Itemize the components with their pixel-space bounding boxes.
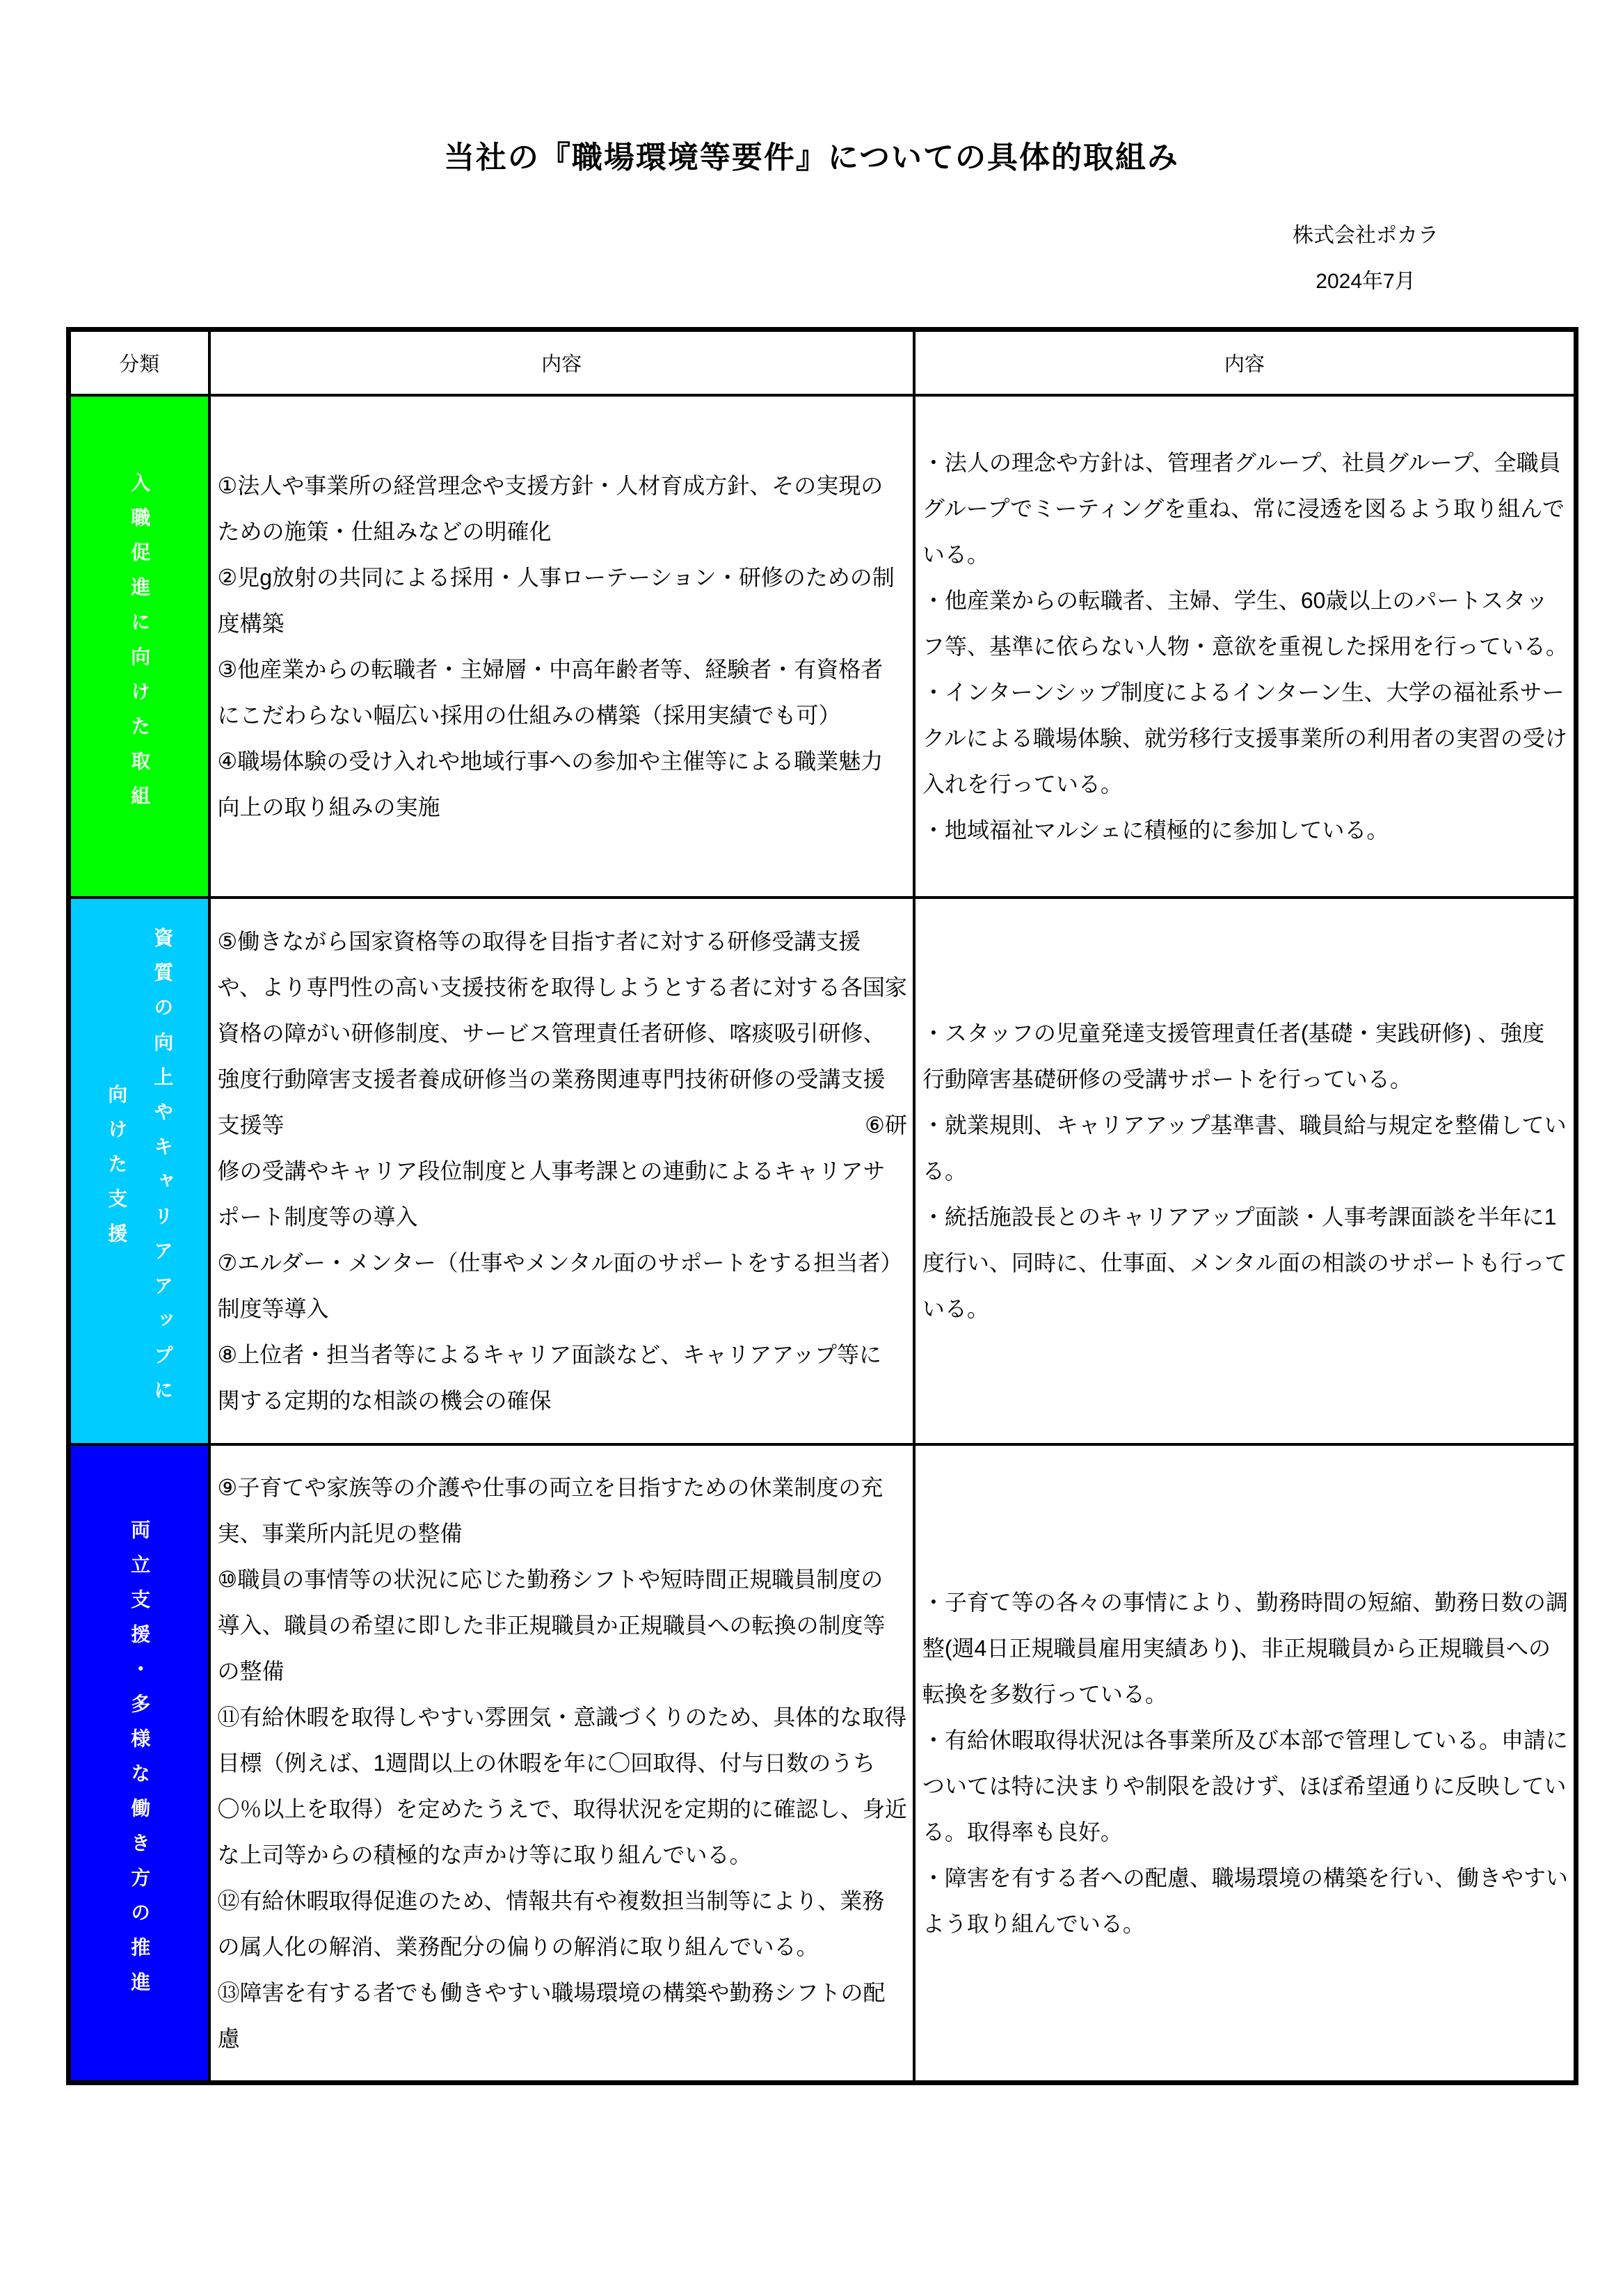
- text-line: ⑪有給休暇を取得しやすい雰囲気・意識づくりのため、具体的な取得: [218, 1694, 907, 1740]
- text-line: にこだわらない幅広い採用の仕組みの構築（採用実績でも可）: [218, 692, 907, 738]
- text-line: ・地域福祉マルシェに積極的に参加している。: [922, 807, 1568, 853]
- text-line: や、より専門性の高い支援技術を取得しようとする者に対する各国家: [218, 964, 907, 1010]
- text-line: 実、事業所内託児の整備: [218, 1510, 907, 1556]
- text-line: ⑤働きながら国家資格等の取得を目指す者に対する研修受講支援: [218, 918, 907, 964]
- text-line: ⑦エルダー・メンター（仕事やメンタル面のサポートをする担当者）: [218, 1240, 907, 1286]
- text-line: ついては特に決まりや制限を設けず、ほぼ希望通りに反映してい: [922, 1763, 1568, 1809]
- category-label: 向けた支援: [102, 1084, 130, 1258]
- text-line: ・インターンシップ制度によるインターン生、大学の福祉系サー: [922, 669, 1568, 715]
- text-line: る。: [922, 1148, 1568, 1194]
- text-line: ⑬障害を有する者でも働きやすい職場環境の構築や勤務シフトの配: [218, 1970, 907, 2016]
- text-line: 慮: [218, 2016, 907, 2062]
- text-line: ⑫有給休暇取得促進のため、情報共有や複数担当制等により、業務: [218, 1878, 907, 1924]
- practice-cell-1: ・スタッフの児童発達支援管理責任者(基礎・実践研修) 、強度行動障害基礎研修の受…: [914, 898, 1576, 1444]
- text-line: 制度等導入: [218, 1286, 907, 1332]
- text-line: ②児g放射の共同による採用・人事ローテーション・研修のための制: [218, 555, 907, 600]
- text-line: ①法人や事業所の経営理念や支援方針・人材育成方針、その実現の: [218, 463, 907, 509]
- text-line: ・子育て等の各々の事情により、勤務時間の短縮、勤務日数の調: [922, 1579, 1568, 1625]
- text-line: グループでミーティングを重ね、常に浸透を図るよう取り組んで: [922, 486, 1568, 532]
- text-line: 度行い、同時に、仕事面、メンタル面の相談のサポートも行って: [922, 1240, 1568, 1286]
- text-line: ・就業規則、キャリアアップ基準書、職員給与規定を整備してい: [922, 1102, 1568, 1148]
- initiatives-table: 分類内容内容 入職促進に向けた取組①法人や事業所の経営理念や支援方針・人材育成方…: [66, 327, 1578, 2085]
- text-line: ・他産業からの転職者、主婦、学生、60歳以上のパートスタッ: [922, 577, 1568, 623]
- text-line: いる。: [922, 1286, 1568, 1332]
- column-header-1: 内容: [209, 330, 914, 396]
- text-line: ③他産業からの転職者・主婦層・中高年齢者等、経験者・有資格者: [218, 646, 907, 692]
- table-header: 分類内容内容: [69, 330, 1576, 396]
- text-line: 関する定期的な相談の機会の確保: [218, 1378, 907, 1424]
- text-line: ⑧上位者・担当者等によるキャリア面談など、キャリアアップ等に: [218, 1332, 907, 1378]
- document-date: 2024年7月: [1169, 259, 1562, 305]
- text-line: ⑨子育てや家族等の介護や仕事の両立を目指すための休業制度の充: [218, 1465, 907, 1510]
- text-line-right: ⑥研: [865, 1102, 907, 1148]
- text-line: 入れを行っている。: [922, 761, 1568, 807]
- category-cell-2: 両立支援・多様な働き方の推進: [69, 1444, 209, 2082]
- text-line: ための施策・仕組みなどの明確化: [218, 509, 907, 555]
- text-line: 目標（例えば、1週間以上の休暇を年に〇回取得、付与日数のうち: [218, 1740, 907, 1786]
- page-title: 当社の『職場環境等要件』についての具体的取組み: [0, 132, 1623, 177]
- text-line: ・統括施設長とのキャリアアップ面談・人事考課面談を半年に1: [922, 1194, 1568, 1240]
- text-line: る。取得率も良好。: [922, 1809, 1568, 1855]
- text-line: な上司等からの積極的な声かけ等に取り組んでいる。: [218, 1832, 907, 1878]
- table-row-1: 資質の向上やキャリアアップに向けた支援⑤働きながら国家資格等の取得を目指す者に対…: [69, 898, 1576, 1444]
- category-cell-0: 入職促進に向けた取組: [69, 395, 209, 898]
- table-row-0: 入職促進に向けた取組①法人や事業所の経営理念や支援方針・人材育成方針、その実現の…: [69, 395, 1576, 898]
- text-line: ・有給休暇取得状況は各事業所及び本部で管理している。申請に: [922, 1717, 1568, 1763]
- text-line: 度構築: [218, 600, 907, 646]
- text-line-left: 支援等: [218, 1102, 285, 1148]
- text-line: 修の受講やキャリア段位制度と人事考課との連動によるキャリアサ: [218, 1148, 907, 1194]
- text-line: いる。: [922, 532, 1568, 577]
- text-line: ポート制度等の導入: [218, 1194, 907, 1240]
- text-line: 導入、職員の希望に即した非正規職員か正規職員への転換の制度等: [218, 1602, 907, 1648]
- category-label-wrap: 両立支援・多様な働き方の推進: [71, 1520, 208, 2007]
- text-line: 向上の取り組みの実施: [218, 784, 907, 830]
- category-label: 両立支援・多様な働き方の推進: [125, 1520, 153, 2007]
- category-cell-1: 資質の向上やキャリアアップに向けた支援: [69, 898, 209, 1444]
- category-label: 資質の向上やキャリアアップに: [148, 927, 176, 1414]
- text-line: 行動障害基礎研修の受講サポートを行っている。: [922, 1056, 1568, 1102]
- document-page: 当社の『職場環境等要件』についての具体的取組み 株式会社ポカラ 2024年7月 …: [0, 0, 1623, 2296]
- text-line: フ等、基準に依らない人物・意欲を重視した採用を行っている。: [922, 623, 1568, 669]
- text-line: の属人化の解消、業務配分の偏りの解消に取り組んでいる。: [218, 1924, 907, 1970]
- practice-cell-2: ・子育て等の各々の事情により、勤務時間の短縮、勤務日数の調整(週4日正規職員雇用…: [914, 1444, 1576, 2082]
- text-line: ④職場体験の受け入れや地域行事への参加や主催等による職業魅力: [218, 738, 907, 784]
- table-body: 入職促進に向けた取組①法人や事業所の経営理念や支援方針・人材育成方針、その実現の…: [69, 395, 1576, 2082]
- column-header-2: 内容: [914, 330, 1576, 396]
- column-header-0: 分類: [69, 330, 209, 396]
- text-line: クルによる職場体験、就労移行支援事業所の利用者の実習の受け: [922, 715, 1568, 761]
- text-line: ・法人の理念や方針は、管理者グループ、社員グループ、全職員: [922, 440, 1568, 486]
- text-line: 支援等⑥研: [218, 1102, 907, 1148]
- content-cell-1: ⑤働きながら国家資格等の取得を目指す者に対する研修受講支援や、より専門性の高い支…: [209, 898, 914, 1444]
- practice-cell-0: ・法人の理念や方針は、管理者グループ、社員グループ、全職員グループでミーティング…: [914, 395, 1576, 898]
- text-line: 〇％以上を取得）を定めたうえで、取得状況を定期的に確認し、身近: [218, 1786, 907, 1832]
- text-line: の整備: [218, 1648, 907, 1694]
- document-meta: 株式会社ポカラ 2024年7月: [1169, 213, 1562, 305]
- text-line: 強度行動障害支援者養成研修当の業務関連専門技術研修の受講支援: [218, 1056, 907, 1102]
- text-line: ・スタッフの児童発達支援管理責任者(基礎・実践研修) 、強度: [922, 1010, 1568, 1056]
- content-cell-2: ⑨子育てや家族等の介護や仕事の両立を目指すための休業制度の充実、事業所内託児の整…: [209, 1444, 914, 2082]
- category-label-wrap: 入職促進に向けた取組: [71, 472, 208, 820]
- category-label: 入職促進に向けた取組: [125, 472, 153, 820]
- text-line: ⑩職員の事情等の状況に応じた勤務シフトや短時間正規職員制度の: [218, 1556, 907, 1602]
- text-line: 整(週4日正規職員雇用実績あり)、非正規職員から正規職員への: [922, 1625, 1568, 1671]
- text-line: 資格の障がい研修制度、サービス管理責任者研修、喀痰吸引研修、: [218, 1010, 907, 1056]
- text-line: ・障害を有する者への配慮、職場環境の構築を行い、働きやすい: [922, 1855, 1568, 1901]
- content-cell-0: ①法人や事業所の経営理念や支援方針・人材育成方針、その実現のための施策・仕組みな…: [209, 395, 914, 898]
- text-line: よう取り組んでいる。: [922, 1901, 1568, 1947]
- company-name: 株式会社ポカラ: [1169, 213, 1562, 259]
- table-row-2: 両立支援・多様な働き方の推進⑨子育てや家族等の介護や仕事の両立を目指すための休業…: [69, 1444, 1576, 2082]
- category-label-wrap: 資質の向上やキャリアアップに向けた支援: [71, 927, 208, 1414]
- text-line: 転換を多数行っている。: [922, 1671, 1568, 1717]
